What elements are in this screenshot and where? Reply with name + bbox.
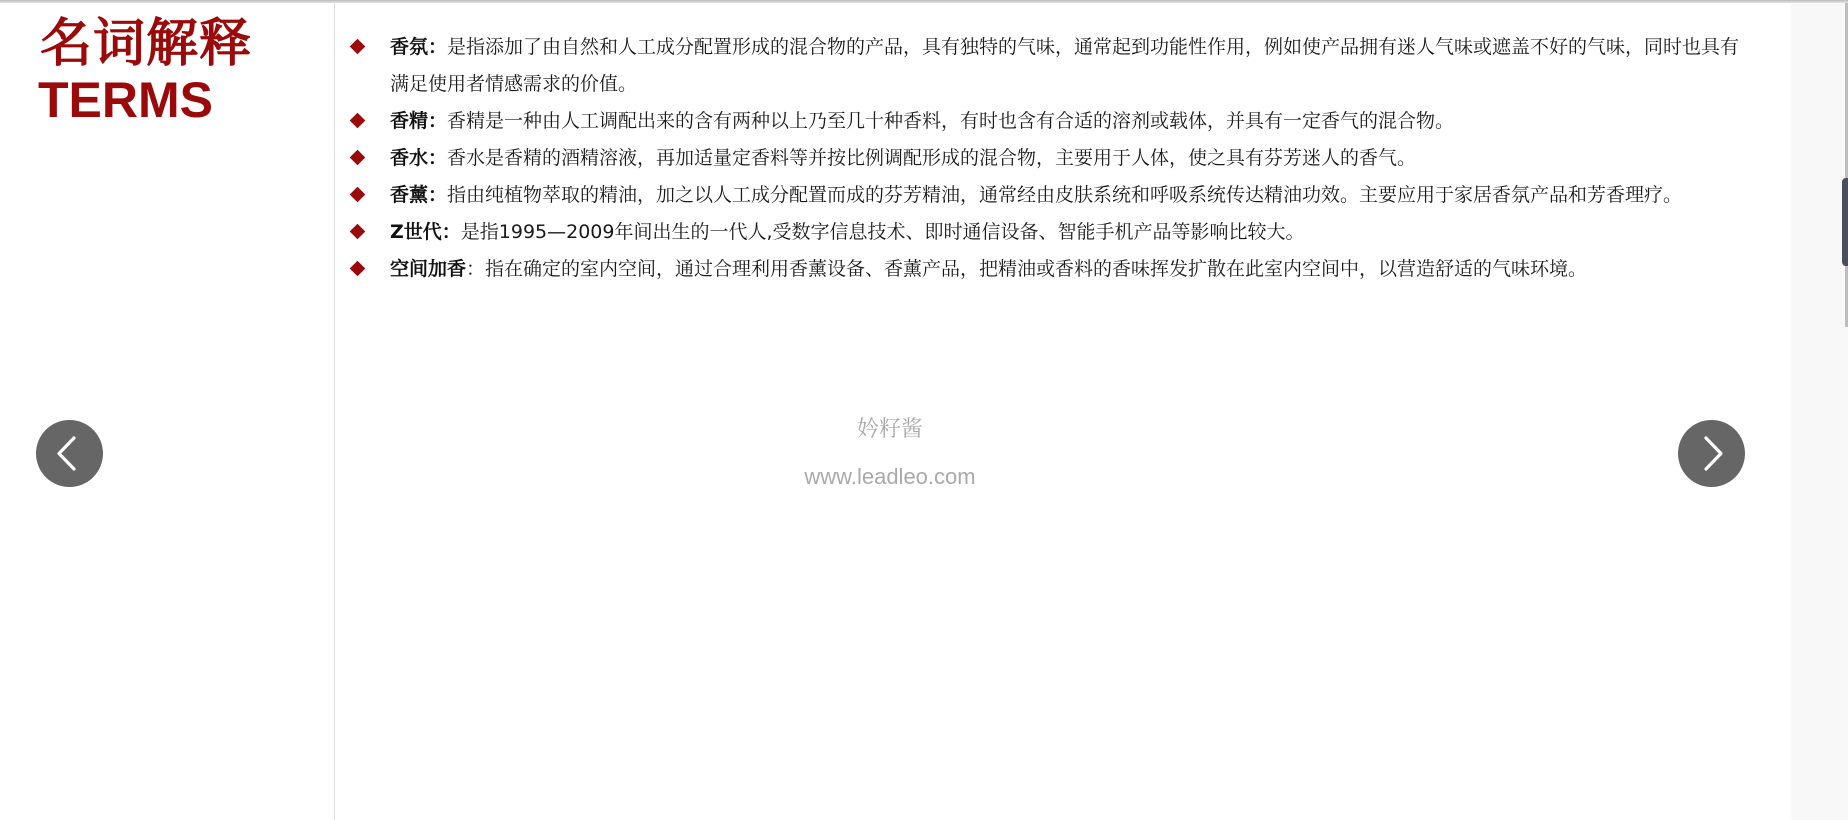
next-page-button[interactable] bbox=[1678, 420, 1745, 487]
term-item-essence: 香精：香精是一种由人工调配出来的含有两种以上乃至几十种香料，有时也含有合适的溶剂… bbox=[348, 103, 1758, 140]
diamond-bullet-icon bbox=[350, 261, 366, 277]
term-item-aromatherapy: 香薰：指由纯植物萃取的精油，加之以人工成分配置而成的芬芳精油，通常经由皮肤系统和… bbox=[348, 177, 1758, 214]
term-name: 香薰： bbox=[390, 184, 447, 206]
diamond-bullet-icon bbox=[350, 187, 366, 203]
diamond-bullet-icon bbox=[350, 224, 366, 240]
term-item-fragrance: 香氛：是指添加了由自然和人工成分配置形成的混合物的产品，具有独特的气味，通常起到… bbox=[348, 29, 1758, 103]
term-item-perfume: 香水：香水是香精的酒精溶液，再加适量定香料等并按比例调配形成的混合物，主要用于人… bbox=[348, 140, 1758, 177]
previous-page-button[interactable] bbox=[36, 420, 103, 487]
term-name: 香氛： bbox=[390, 36, 447, 58]
term-item-gen-z: Z世代：是指1995—2009年间出生的一代人,受数字信息技术、即时通信设备、智… bbox=[348, 214, 1758, 251]
term-item-space-scenting: 空间加香：指在确定的室内空间，通过合理利用香薰设备、香薰产品，把精油或香料的香味… bbox=[348, 251, 1758, 288]
page-title-english: TERMS bbox=[38, 72, 213, 128]
watermark-name: 妗籽酱 bbox=[790, 412, 990, 443]
term-definition: ：指在确定的室内空间，通过合理利用香薰设备、香薰产品，把精油或香料的香味挥发扩散… bbox=[466, 258, 1587, 280]
term-name: 香精： bbox=[390, 110, 447, 132]
watermark-url: www.leadleo.com bbox=[770, 464, 1010, 490]
right-gutter bbox=[1791, 3, 1848, 820]
term-name: 香水： bbox=[390, 147, 447, 169]
terms-list: 香氛：是指添加了由自然和人工成分配置形成的混合物的产品，具有独特的气味，通常起到… bbox=[348, 29, 1758, 288]
diamond-bullet-icon bbox=[350, 150, 366, 166]
scrollbar-thumb[interactable] bbox=[1842, 178, 1848, 266]
term-definition: 香水是香精的酒精溶液，再加适量定香料等并按比例调配形成的混合物，主要用于人体，使… bbox=[447, 147, 1416, 169]
diamond-bullet-icon bbox=[350, 113, 366, 129]
chevron-right-icon bbox=[1678, 420, 1745, 487]
term-name: 空间加香 bbox=[390, 258, 466, 280]
page-title-chinese: 名词解释 bbox=[40, 14, 252, 74]
vertical-divider bbox=[334, 3, 335, 820]
term-definition: 是指添加了由自然和人工成分配置形成的混合物的产品，具有独特的气味，通常起到功能性… bbox=[390, 36, 1739, 95]
term-name: Z世代： bbox=[390, 221, 461, 243]
term-definition: 指由纯植物萃取的精油，加之以人工成分配置而成的芬芳精油，通常经由皮肤系统和呼吸系… bbox=[447, 184, 1682, 206]
diamond-bullet-icon bbox=[350, 39, 366, 55]
chevron-left-icon bbox=[36, 420, 103, 487]
term-definition: 是指1995—2009年间出生的一代人,受数字信息技术、即时通信设备、智能手机产… bbox=[461, 221, 1305, 243]
term-definition: 香精是一种由人工调配出来的含有两种以上乃至几十种香料，有时也含有合适的溶剂或载体… bbox=[447, 110, 1454, 132]
